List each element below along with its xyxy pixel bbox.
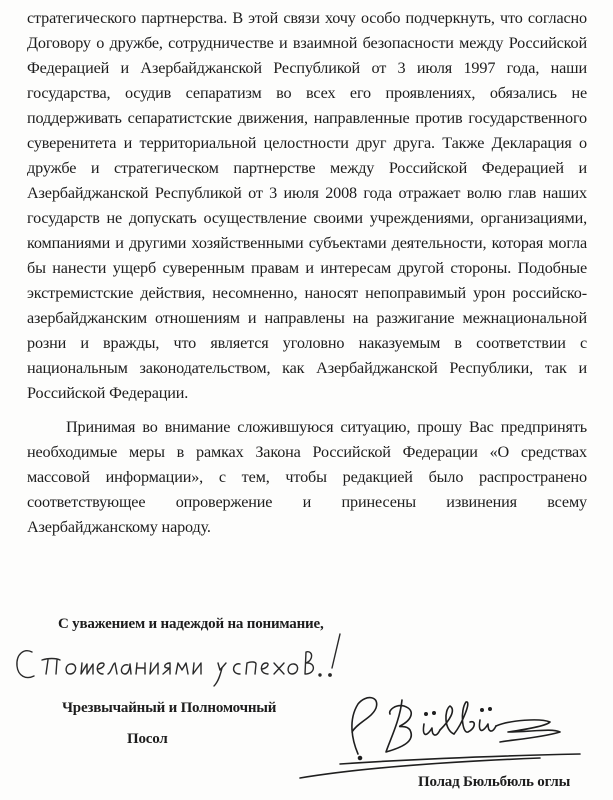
body-line: розни и вражды, что является уголовно на… bbox=[27, 331, 587, 356]
body-line: Принимая во внимание сложившуюся ситуаци… bbox=[27, 415, 587, 440]
body-line: Договору о дружбе, сотрудничестве и взаи… bbox=[27, 31, 587, 56]
body-line: суверенитета и территориальной целостнос… bbox=[27, 131, 587, 156]
signer-name: Полад Бюльбюль оглы bbox=[418, 774, 570, 791]
body-line: компаниями и другими хозяйственными субъ… bbox=[27, 231, 587, 256]
body-line: стратегического партнерства. В этой связ… bbox=[27, 6, 587, 31]
body-line: экстремистские действия, несомненно, нан… bbox=[27, 281, 587, 306]
body-line: Азербайджанской Республикой от 3 июля 20… bbox=[27, 181, 587, 206]
body-line: национальным законодательством, как Азер… bbox=[27, 356, 587, 381]
body-line: необходимые меры в рамках Закона Российс… bbox=[27, 440, 587, 465]
body-line: Федерацией и Азербайджанской Республикой… bbox=[27, 56, 587, 81]
body-line: государств не допускать осуществление св… bbox=[27, 206, 587, 231]
signer-title-line2: Посол bbox=[127, 731, 168, 748]
letter-page: стратегического партнерства. В этой связ… bbox=[0, 0, 613, 800]
body-line: массовой информации», с тем, чтобы редак… bbox=[27, 465, 587, 490]
body-line: азербайджанским отношениям и направлены … bbox=[27, 306, 587, 331]
body-line: бы нанести ущерб суверенным правам и инт… bbox=[27, 256, 587, 281]
body-line: дружбе и стратегическом партнерстве межд… bbox=[27, 156, 587, 181]
body-line: поддерживать сепаратистские движения, на… bbox=[27, 106, 587, 131]
body-line: Российской Федерации. bbox=[27, 381, 587, 406]
handwritten-signature: P. Bülbül bbox=[240, 680, 613, 780]
body-line: государства, осудив сепаратизм во всех е… bbox=[27, 81, 587, 106]
letter-body: стратегического партнерства. В этой связ… bbox=[27, 6, 587, 540]
body-line: соответствующее опровержение и принесены… bbox=[27, 490, 587, 515]
body-line: Азербайджанскому народу. bbox=[27, 515, 587, 540]
